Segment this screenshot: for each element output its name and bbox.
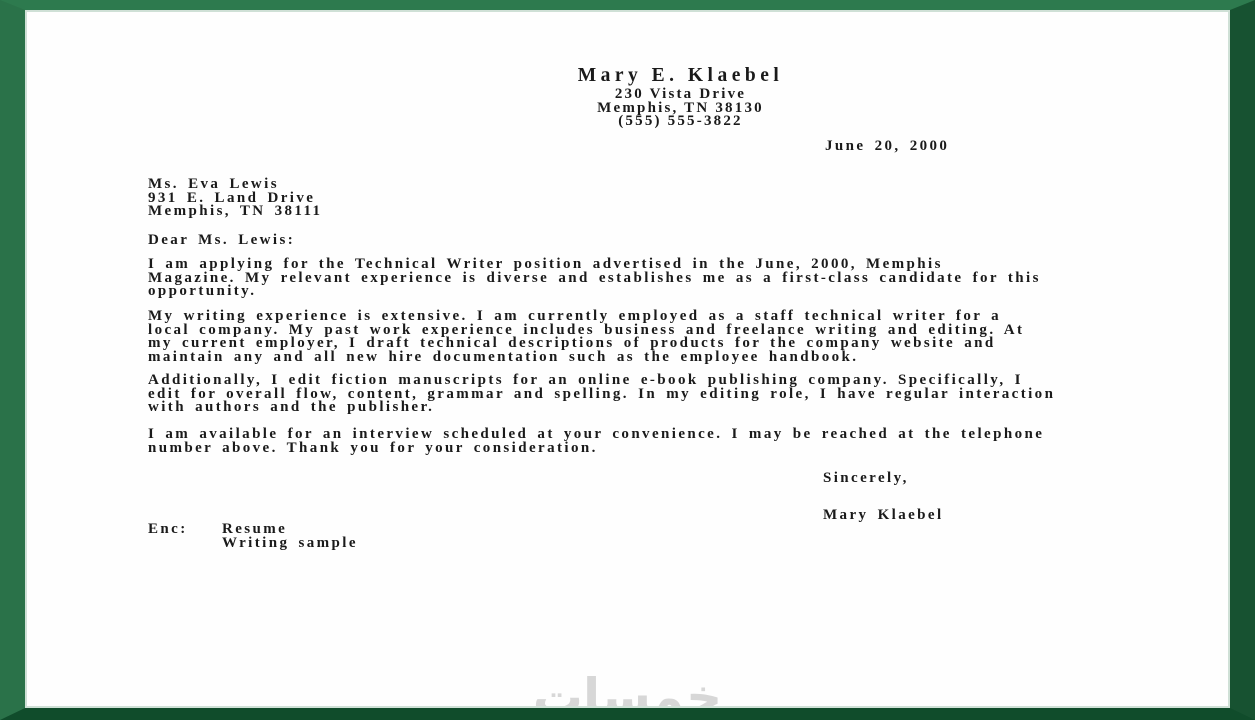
letterhead: Mary E. Klaebel 230 Vista Drive Memphis,… bbox=[27, 64, 1228, 129]
green-picture-frame-border: Mary E. Klaebel 230 Vista Drive Memphis,… bbox=[0, 0, 1255, 720]
enclosure-item: Writing sample bbox=[222, 537, 358, 551]
recipient-city: Memphis, TN 38111 bbox=[148, 205, 322, 219]
paragraph-2: My writing experience is extensive. I am… bbox=[148, 310, 1024, 364]
recipient-address: Ms. Eva Lewis 931 E. Land Drive Memphis,… bbox=[148, 178, 322, 219]
signature-name: Mary Klaebel bbox=[823, 509, 944, 523]
letter-page: Mary E. Klaebel 230 Vista Drive Memphis,… bbox=[25, 10, 1230, 708]
valediction: Sincerely, bbox=[823, 472, 909, 486]
enclosures-label: Enc: bbox=[148, 523, 222, 550]
sender-name: Mary E. Klaebel bbox=[80, 64, 1230, 88]
salutation: Dear Ms. Lewis: bbox=[148, 234, 295, 248]
letterhead-block: Mary E. Klaebel 230 Vista Drive Memphis,… bbox=[80, 64, 1230, 129]
paragraph-1-line: opportunity. bbox=[148, 285, 1041, 299]
paragraph-2-line: maintain any and all new hire documentat… bbox=[148, 351, 1024, 365]
enclosures-list: Resume Writing sample bbox=[222, 523, 358, 550]
paragraph-4: I am available for an interview schedule… bbox=[148, 428, 1044, 455]
paragraph-4-line: number above. Thank you for your conside… bbox=[148, 442, 1044, 456]
paragraph-3-line: with authors and the publisher. bbox=[148, 401, 1055, 415]
paragraph-1-line: Magazine. My relevant experience is dive… bbox=[148, 272, 1041, 286]
khamsat-watermark: خمسات bbox=[27, 672, 1228, 708]
paragraph-1: I am applying for the Technical Writer p… bbox=[148, 258, 1041, 299]
sender-phone: (555) 555-3822 bbox=[80, 115, 1230, 129]
enclosures: Enc: Resume Writing sample bbox=[148, 523, 358, 550]
letter-date: June 20, 2000 bbox=[825, 140, 949, 154]
paragraph-3: Additionally, I edit fiction manuscripts… bbox=[148, 374, 1055, 415]
